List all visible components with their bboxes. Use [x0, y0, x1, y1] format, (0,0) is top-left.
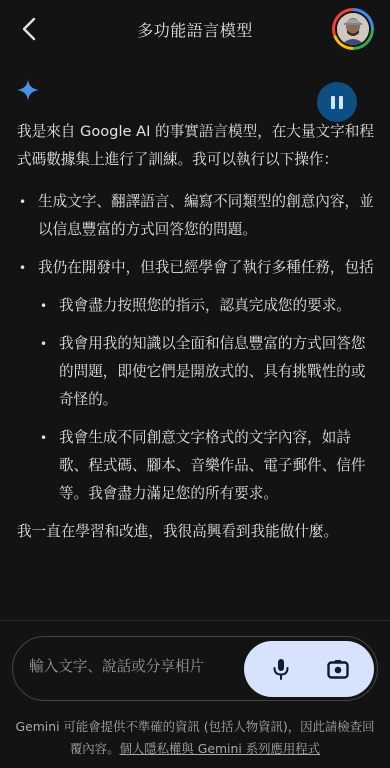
app-header: 多功能語言模型 — [0, 0, 390, 58]
sub-list-item: 我會盡力按照您的指示，認真完成您的要求。 — [38, 292, 379, 320]
camera-button[interactable] — [324, 655, 352, 683]
microphone-icon — [272, 658, 290, 680]
list-item: 我仍在開發中，但我已經學會了執行多種任務，包括 — [17, 254, 379, 282]
prompt-input-bar — [12, 636, 378, 701]
divider — [0, 620, 390, 621]
disclaimer: Gemini 可能會提供不準確的資訊 (包括人物資訊)，因此請檢查回覆內容。個人… — [12, 716, 378, 760]
bullet-list: 生成文字、翻譯語言、編寫不同類型的創意內容，並以信息豐富的方式回答您的問題。 我… — [17, 188, 379, 282]
account-avatar-button[interactable] — [332, 8, 374, 50]
action-pill — [244, 641, 374, 697]
response-closing: 我一直在學習和改進，我很高興看到我能做什麼。 — [17, 518, 379, 546]
response-intro: 我是來自 Google AI 的事實語言模型，在大量文字和程式碼數據集上進行了訓… — [17, 118, 375, 174]
sub-bullet-list: 我會盡力按照您的指示，認真完成您的要求。 我會用我的知識以全面和信息豐富的方式回… — [38, 292, 379, 508]
camera-icon — [327, 659, 349, 679]
user-avatar-icon — [337, 13, 369, 45]
list-item-text: 我仍在開發中，但我已經學會了執行多種任務，包括 — [38, 259, 374, 276]
list-item: 生成文字、翻譯語言、編寫不同類型的創意內容，並以信息豐富的方式回答您的問題。 — [17, 188, 379, 244]
prompt-input[interactable] — [29, 658, 229, 675]
avatar — [337, 13, 369, 45]
microphone-button[interactable] — [267, 655, 295, 683]
gemini-sparkle-icon — [17, 79, 39, 101]
response-content: 我是來自 Google AI 的事實語言模型，在大量文字和程式碼數據集上進行了訓… — [17, 118, 379, 546]
sub-list-item: 我會用我的知識以全面和信息豐富的方式回答您的問題，即使它們是開放式的、具有挑戰性… — [38, 330, 379, 414]
privacy-link[interactable]: 個人隱私權與 Gemini 系列應用程式 — [119, 741, 320, 756]
avatar-ring-gap — [335, 11, 371, 47]
pause-icon-bar-left — [331, 96, 335, 109]
pause-icon-bar-right — [339, 96, 343, 109]
sub-list-item: 我會生成不同創意文字格式的文字內容，如詩歌、程式碼、腳本、音樂作品、電子郵件、信… — [38, 424, 379, 508]
pause-button[interactable] — [317, 82, 357, 122]
